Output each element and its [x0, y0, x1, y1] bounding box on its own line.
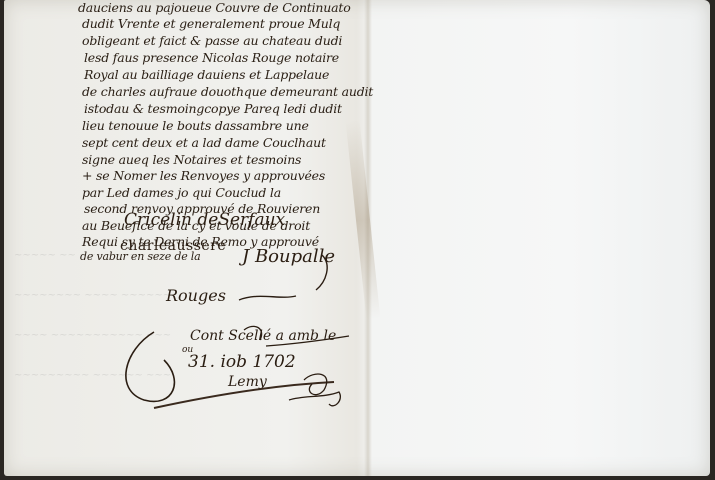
text-line: par Led dames jo qui Couclud la [82, 185, 281, 200]
left-page: ~~~~~ ~~ ~~~~~~~~ ~~ ~~~~~~~~ ~~~~ ~~~~~… [4, 0, 369, 476]
bleed-through-text: ~~~~ ~~~~~~~~~~~ ~~~ [14, 330, 171, 341]
text-line: istodau & tesmoingcopye Pareq ledi dudit [84, 101, 342, 116]
signature: J Boupalle [242, 246, 335, 267]
text-line: de charles aufraue douothque demeurant a… [82, 84, 373, 99]
text-line: lieu tenouue le bouts dassambre une [82, 118, 309, 133]
text-line: sept cent deux et a lad dame Couclhaut [82, 135, 326, 150]
text-line: dudit Vrente et generalement proue Mulq [82, 16, 340, 31]
bleed-through-text: ~~~~~~~~ ~~~~ ~~~~~~ [14, 290, 171, 301]
notary-date: 31. iob 1702 [188, 352, 296, 372]
bleed-through-text: ~~~~~~~~~ ~~~~~~ ~~~ [14, 370, 171, 381]
text-line: + se Nomer les Renvoyes y approuvées [82, 168, 325, 183]
text-line: lesd faus presence Nicolas Rouge notaire [84, 50, 339, 65]
text-line: signe aueq les Notaires et tesmoins [82, 152, 301, 167]
notary-annotation: Cont Scellé a amb le [190, 328, 336, 344]
signature: Cricelin deSerfaux [124, 210, 285, 230]
signature: Rouges [166, 286, 226, 305]
signature: charleaussere [120, 238, 226, 254]
text-line: Royal au bailliage dauiens et Lappelaue [84, 67, 329, 82]
manuscript-sheet: ~~~~~ ~~ ~~~~~~~~ ~~ ~~~~~~~~ ~~~~ ~~~~~… [4, 0, 710, 476]
notary-name: Lemy [228, 374, 267, 390]
right-page-blank [369, 0, 710, 476]
text-line: dauciens au pajoueue Couvre de Continuat… [78, 0, 351, 15]
text-line: obligeant et faict & passe au chateau du… [82, 33, 342, 48]
